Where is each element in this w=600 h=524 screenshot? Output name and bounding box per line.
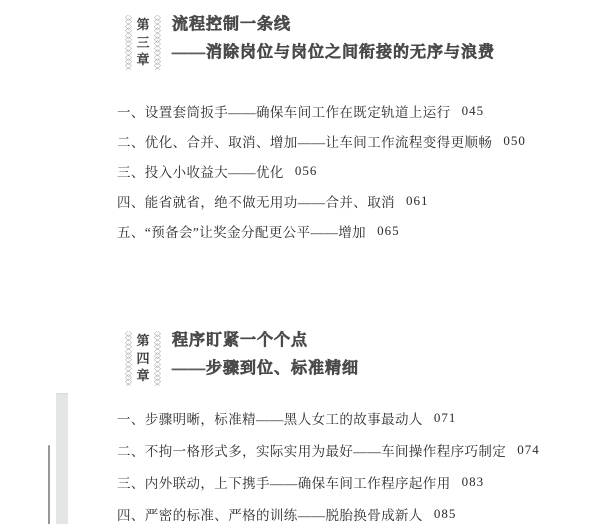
toc-entry-page: 085 bbox=[434, 506, 457, 522]
toc-entry-page: 071 bbox=[434, 410, 457, 426]
toc-entry-page: 074 bbox=[517, 442, 540, 458]
chapter-3-label: 第三章 bbox=[135, 15, 151, 69]
page-margin-bar bbox=[56, 393, 68, 524]
diamond-chain-icon: ◇◇◇◇◇◇◇◇◇◇◇◇◇ bbox=[124, 15, 133, 70]
chapter-4-label: 第四章 bbox=[135, 331, 151, 385]
chapter-4-toc-list: 一、步骤明晰，标准精——黑人女工的故事最动人 071 二、不拘一格形式多，实际实… bbox=[117, 402, 540, 524]
chapter-3-toc-list: 一、设置套筒扳手——确保车间工作在既定轨道上运行 045 二、优化、合并、取消、… bbox=[117, 96, 526, 246]
toc-entry-page: 061 bbox=[406, 193, 429, 209]
toc-entry-text: 三、内外联动，上下携手——确保车间工作程序起作用 bbox=[117, 472, 451, 492]
toc-entry: 一、设置套筒扳手——确保车间工作在既定轨道上运行 045 bbox=[117, 96, 526, 126]
toc-entry-text: 四、严密的标准、严格的训练——脱胎换骨成新人 bbox=[117, 504, 423, 524]
toc-entry-page: 050 bbox=[503, 133, 526, 149]
toc-entry-text: 二、不拘一格形式多，实际实用为最好——车间操作程序巧制定 bbox=[117, 440, 506, 460]
page-margin-line bbox=[48, 445, 50, 524]
toc-entry-text: 二、优化、合并、取消、增加——让车间工作流程变得更顺畅 bbox=[117, 131, 492, 151]
toc-entry-text: 一、步骤明晰，标准精——黑人女工的故事最动人 bbox=[117, 408, 423, 428]
chapter-4-subtitle: ——步骤到位、标准精细 bbox=[172, 360, 359, 378]
toc-entry-page: 056 bbox=[295, 163, 318, 179]
toc-entry-text: 一、设置套筒扳手——确保车间工作在既定轨道上运行 bbox=[117, 101, 451, 121]
diamond-chain-icon: ◇◇◇◇◇◇◇◇◇◇◇◇◇ bbox=[153, 331, 162, 386]
toc-entry-text: 五、“预备会”让奖金分配更公平——增加 bbox=[117, 221, 366, 241]
toc-entry-page: 045 bbox=[462, 103, 485, 119]
toc-entry: 二、不拘一格形式多，实际实用为最好——车间操作程序巧制定 074 bbox=[117, 434, 540, 466]
toc-entry: 二、优化、合并、取消、增加——让车间工作流程变得更顺畅 050 bbox=[117, 126, 526, 156]
toc-entry: 三、内外联动，上下携手——确保车间工作程序起作用 083 bbox=[117, 466, 540, 498]
toc-entry: 一、步骤明晰，标准精——黑人女工的故事最动人 071 bbox=[117, 402, 540, 434]
book-toc-page: ◇◇◇◇◇◇◇◇◇◇◇◇◇ 第三章 ◇◇◇◇◇◇◇◇◇◇◇◇◇ 流程控制一条线 … bbox=[0, 0, 600, 524]
toc-entry: 四、严密的标准、严格的训练——脱胎换骨成新人 085 bbox=[117, 498, 540, 524]
chapter-3-title: 流程控制一条线 bbox=[172, 16, 495, 34]
chapter-3-titles: 流程控制一条线 ——消除岗位与岗位之间衔接的无序与浪费 bbox=[172, 15, 495, 62]
toc-entry: 四、能省就省，绝不做无用功——合并、取消 061 bbox=[117, 186, 526, 216]
diamond-chain-icon: ◇◇◇◇◇◇◇◇◇◇◇◇◇ bbox=[124, 331, 133, 386]
toc-entry: 三、投入小收益大——优化 056 bbox=[117, 156, 526, 186]
chapter-4-title: 程序盯紧一个个点 bbox=[172, 332, 359, 350]
chapter-3-header: ◇◇◇◇◇◇◇◇◇◇◇◇◇ 第三章 ◇◇◇◇◇◇◇◇◇◇◇◇◇ 流程控制一条线 … bbox=[124, 15, 495, 70]
toc-entry-text: 三、投入小收益大——优化 bbox=[117, 161, 284, 181]
toc-entry-text: 四、能省就省，绝不做无用功——合并、取消 bbox=[117, 191, 395, 211]
chapter-4-titles: 程序盯紧一个个点 ——步骤到位、标准精细 bbox=[172, 331, 359, 378]
diamond-chain-icon: ◇◇◇◇◇◇◇◇◇◇◇◇◇ bbox=[153, 15, 162, 70]
toc-entry: 五、“预备会”让奖金分配更公平——增加 065 bbox=[117, 216, 526, 246]
chapter-3-subtitle: ——消除岗位与岗位之间衔接的无序与浪费 bbox=[172, 44, 495, 62]
toc-entry-page: 065 bbox=[377, 223, 400, 239]
chapter-4-header: ◇◇◇◇◇◇◇◇◇◇◇◇◇ 第四章 ◇◇◇◇◇◇◇◇◇◇◇◇◇ 程序盯紧一个个点… bbox=[124, 331, 359, 386]
toc-entry-page: 083 bbox=[462, 474, 485, 490]
